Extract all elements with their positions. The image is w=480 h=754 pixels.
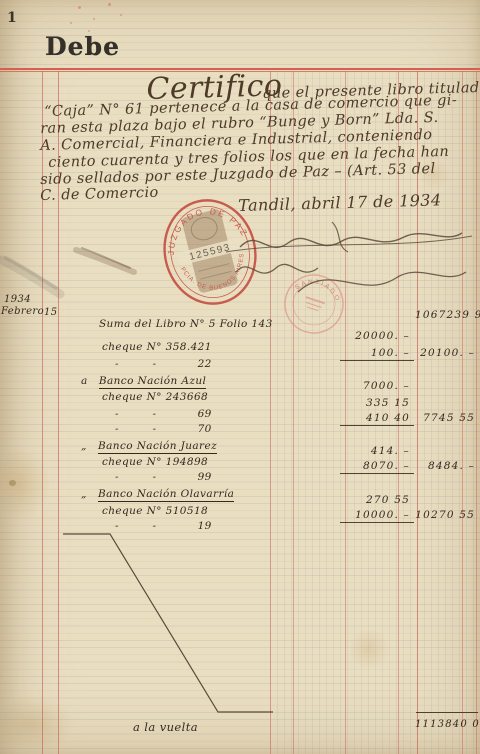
closing-diagonal-line <box>63 534 273 712</box>
row-balance: 20100. – <box>415 347 475 359</box>
total-topline <box>416 712 478 713</box>
row-debit: 414. – <box>340 445 410 457</box>
signature <box>240 233 462 247</box>
debit-underline <box>340 473 414 474</box>
ledger-year: 1934 <box>4 294 31 305</box>
carry-forward-note: a la vuelta <box>133 720 198 734</box>
ledger-month: Febrero <box>1 306 44 317</box>
ledger-row: - - 19 <box>100 508 212 532</box>
row-debit: 100. – <box>340 347 410 359</box>
row-balance: 1067239 93 <box>415 309 475 321</box>
page-total: 1113840 03 <box>415 719 476 730</box>
row-debit: 410 40 <box>340 412 410 424</box>
ledger-day: 15 <box>44 307 58 318</box>
pencil-smudge <box>2 260 60 294</box>
ink-smudge <box>76 250 134 272</box>
debit-underline <box>340 425 414 426</box>
row-prefix: „ <box>81 440 87 452</box>
row-balance: 8484. – <box>415 460 475 472</box>
row-debit: 270 55 <box>340 494 410 506</box>
row-balance: 7745 55 <box>415 412 475 424</box>
debit-underline <box>340 360 414 361</box>
row-debit: 10000. – <box>340 509 410 521</box>
row-debit: 335 15 <box>340 397 410 409</box>
row-balance: 10270 55 <box>415 509 475 521</box>
signature <box>236 264 318 273</box>
row-label: - - 19 <box>115 520 212 532</box>
row-debit: 8070. – <box>340 460 410 472</box>
debit-underline <box>340 522 414 523</box>
row-prefix: „ <box>81 488 87 500</box>
ledger-page: 1 Debe Certifico que el presente libro t… <box>0 0 480 754</box>
row-debit: 20000. – <box>340 330 410 342</box>
row-debit: 7000. – <box>340 380 410 392</box>
ledger-row: Suma del Libro N° 5 Folio 143 <box>84 306 273 330</box>
